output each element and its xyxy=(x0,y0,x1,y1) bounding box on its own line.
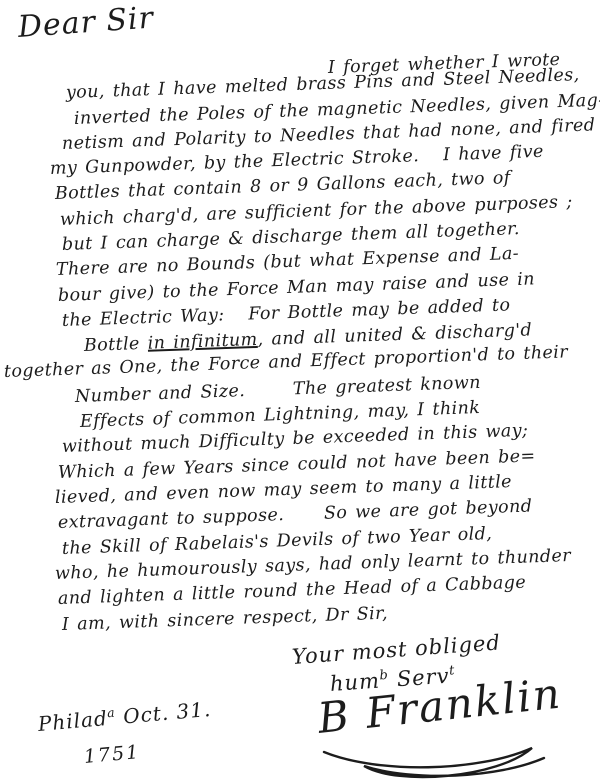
underlined-phrase: in infinitum xyxy=(147,330,258,354)
signature-flourish xyxy=(318,738,558,784)
letter-page: Dear Sir I forget whether I wrote you, t… xyxy=(0,0,600,784)
dateline: Philada Oct. 31. xyxy=(37,697,212,736)
salutation: Dear Sir xyxy=(17,1,155,45)
closing-sup-t: t xyxy=(449,663,456,678)
dateline-year: 1751 xyxy=(83,741,141,768)
infinitum-prefix: Bottle xyxy=(84,334,148,356)
letter-body: I forget whether I wrote you, that I hav… xyxy=(0,56,600,638)
dateline-place: Philad xyxy=(37,706,109,736)
dateline-date: Oct. 31. xyxy=(115,697,212,729)
